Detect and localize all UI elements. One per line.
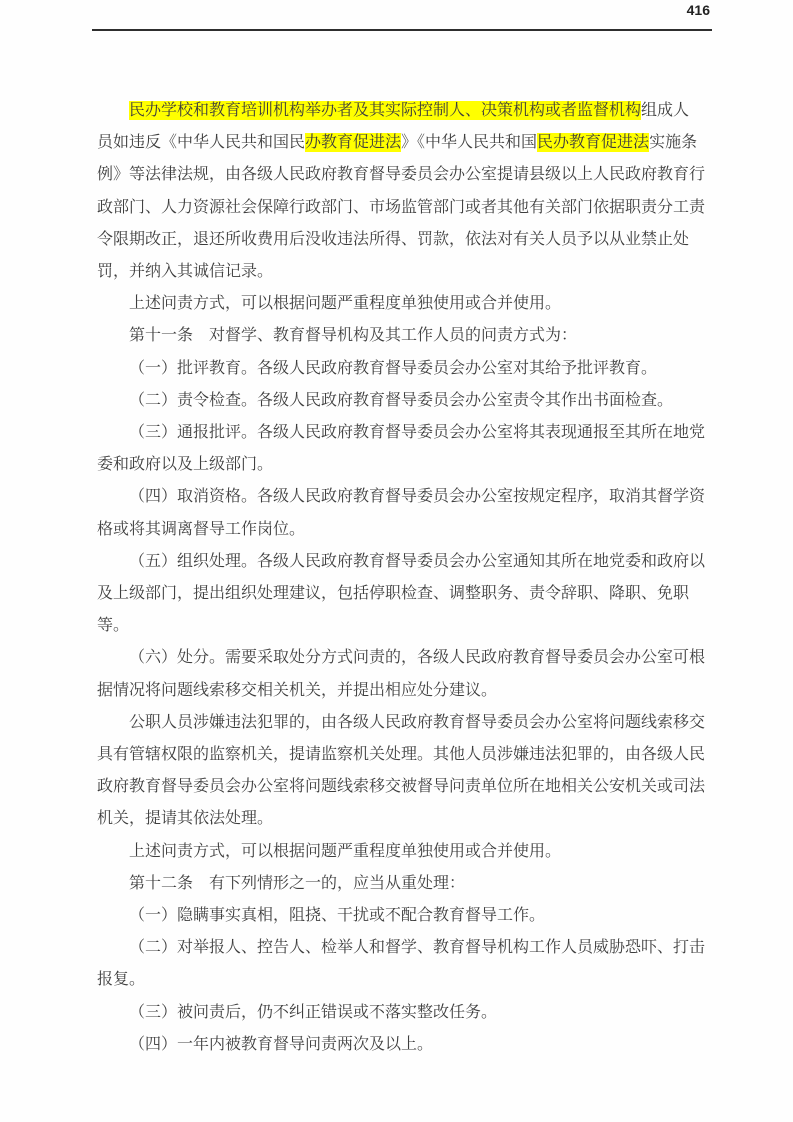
- paragraph: （二）责令检查。各级人民政府教育督导委员会办公室责令其作出书面检查。: [97, 385, 705, 417]
- paragraph: 上述问责方式，可以根据问题严重程度单独使用或合并使用。: [97, 836, 705, 868]
- text-run: 实施条例》等法律法规，由各级人民政府教育督导委员会办公室提请县级以上人民政府教育…: [97, 134, 705, 280]
- text-run: （二）责令检查。各级人民政府教育督导委员会办公室责令其作出书面检查。: [129, 392, 673, 409]
- paragraph: （六）处分。需要采取处分方式问责的，各级人民政府教育督导委员会办公室可根据情况将…: [97, 642, 705, 706]
- text-run: 上述问责方式，可以根据问题严重程度单独使用或合并使用。: [129, 843, 561, 860]
- text-run: （四）取消资格。各级人民政府教育督导委员会办公室按规定程序，取消其督学资格或将其…: [97, 488, 705, 537]
- document-body: 民办学校和教育培训机构举办者及其实际控制人、决策机构或者监督机构组成人员如违反《…: [97, 95, 705, 1061]
- header-rule: [92, 29, 712, 31]
- text-run: （二）对举报人、控告人、检举人和督学、教育督导机构工作人员威胁恐吓、打击报复。: [97, 939, 705, 988]
- paragraph: （一）批评教育。各级人民政府教育督导委员会办公室对其给予批评教育。: [97, 353, 705, 385]
- paragraph: （四）取消资格。各级人民政府教育督导委员会办公室按规定程序，取消其督学资格或将其…: [97, 481, 705, 545]
- text-run: （一）批评教育。各级人民政府教育督导委员会办公室对其给予批评教育。: [129, 360, 657, 377]
- paragraph: （五）组织处理。各级人民政府教育督导委员会办公室通知其所在地党委和政府以及上级部…: [97, 546, 705, 643]
- highlighted-text: 民办教育促进法: [537, 133, 649, 152]
- highlighted-text: 民办学校和教育培训机构举办者及其实际控制人、决策机构或者监督机构: [129, 101, 641, 120]
- text-run: 第十一条 对督学、教育督导机构及其工作人员的问责方式为：: [129, 327, 577, 344]
- page-number: 416: [687, 2, 710, 18]
- paragraph: （二）对举报人、控告人、检举人和督学、教育督导机构工作人员威胁恐吓、打击报复。: [97, 932, 705, 996]
- text-run: 》《中华人民共和国: [401, 134, 537, 151]
- paragraph: （三）通报批评。各级人民政府教育督导委员会办公室将其表现通报至其所在地党委和政府…: [97, 417, 705, 481]
- paragraph: 民办学校和教育培训机构举办者及其实际控制人、决策机构或者监督机构组成人员如违反《…: [97, 95, 705, 288]
- paragraph: （三）被问责后，仍不纠正错误或不落实整改任务。: [97, 997, 705, 1029]
- text-run: 公职人员涉嫌违法犯罪的，由各级人民政府教育督导委员会办公室将问题线索移交具有管辖…: [97, 714, 705, 828]
- paragraph: 第十二条 有下列情形之一的，应当从重处理：: [97, 868, 705, 900]
- text-run: 第十二条 有下列情形之一的，应当从重处理：: [129, 875, 465, 892]
- document-page: 416 民办学校和教育培训机构举办者及其实际控制人、决策机构或者监督机构组成人员…: [0, 0, 793, 1122]
- paragraph: 第十一条 对督学、教育督导机构及其工作人员的问责方式为：: [97, 320, 705, 352]
- paragraph: 公职人员涉嫌违法犯罪的，由各级人民政府教育督导委员会办公室将问题线索移交具有管辖…: [97, 707, 705, 836]
- paragraph: （四）一年内被教育督导问责两次及以上。: [97, 1029, 705, 1061]
- paragraph: 上述问责方式，可以根据问题严重程度单独使用或合并使用。: [97, 288, 705, 320]
- paragraph: （一）隐瞒事实真相，阻挠、干扰或不配合教育督导工作。: [97, 900, 705, 932]
- text-run: （一）隐瞒事实真相，阻挠、干扰或不配合教育督导工作。: [129, 907, 545, 924]
- text-run: （五）组织处理。各级人民政府教育督导委员会办公室通知其所在地党委和政府以及上级部…: [97, 553, 705, 634]
- text-run: 上述问责方式，可以根据问题严重程度单独使用或合并使用。: [129, 295, 561, 312]
- text-run: （六）处分。需要采取处分方式问责的，各级人民政府教育督导委员会办公室可根据情况将…: [97, 649, 705, 698]
- text-run: （三）被问责后，仍不纠正错误或不落实整改任务。: [129, 1004, 497, 1021]
- highlighted-text: 办教育促进法: [305, 133, 401, 152]
- text-run: （三）通报批评。各级人民政府教育督导委员会办公室将其表现通报至其所在地党委和政府…: [97, 424, 705, 473]
- text-run: （四）一年内被教育督导问责两次及以上。: [129, 1036, 433, 1053]
